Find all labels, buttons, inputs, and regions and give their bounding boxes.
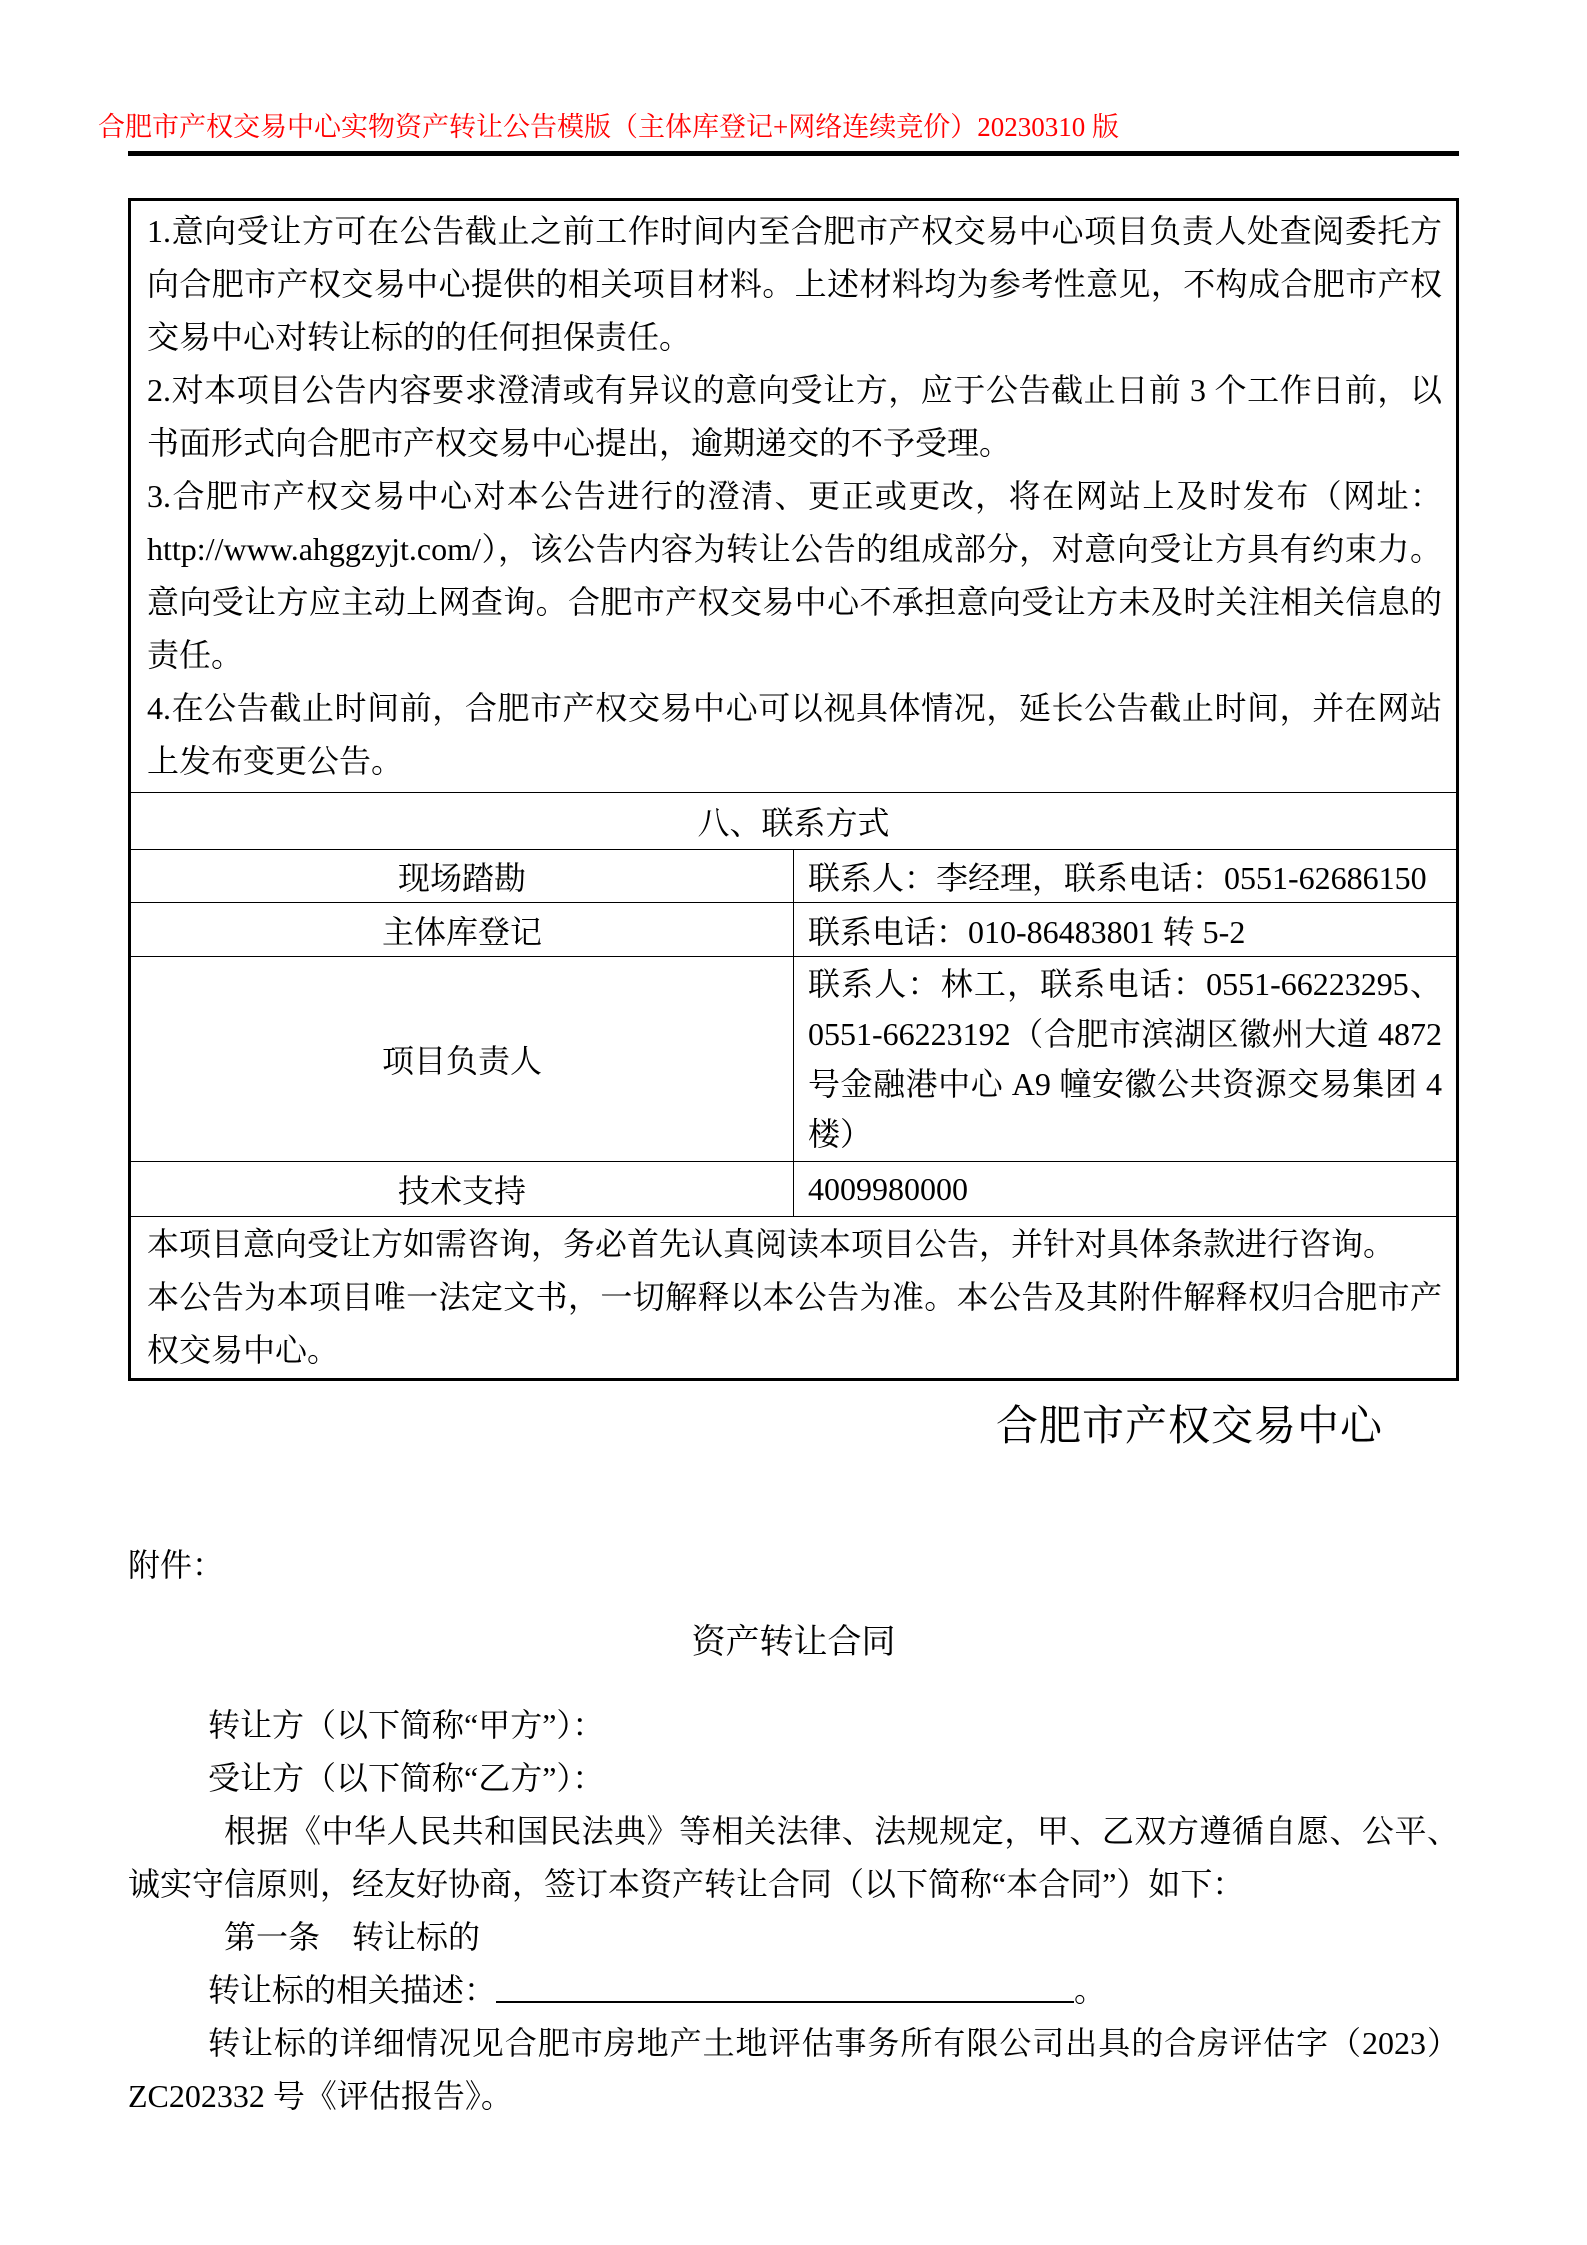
term-paragraph-3: 3.合肥市产权交易中心对本公告进行的澄清、更正或更改，将在网站上及时发布（网址：… — [147, 470, 1442, 682]
document-page: 合肥市产权交易中心实物资产转让公告模版（主体库登记+网络连续竞价）2023031… — [0, 0, 1587, 2245]
section-title-contact: 八、联系方式 — [130, 793, 1458, 850]
footer-note-2: 本公告为本项目唯一法定文书，一切解释以本公告为准。本公告及其附件解释权归合肥市产… — [147, 1271, 1442, 1377]
transfer-description-label: 转让标的相关描述： — [208, 1972, 496, 2008]
blank-underline — [496, 1973, 1074, 2003]
notice-table: 1.意向受让方可在公告截止之前工作时间内至合肥市产权交易中心项目负责人处查阅委托… — [128, 198, 1459, 1381]
transfer-detail-paragraph: 转让标的详细情况见合肥市房地产土地评估事务所有限公司出具的合房评估字（2023）… — [128, 2017, 1459, 2123]
terms-row: 1.意向受让方可在公告截止之前工作时间内至合肥市产权交易中心项目负责人处查阅委托… — [130, 200, 1458, 793]
document-header: 合肥市产权交易中心实物资产转让公告模版（主体库登记+网络连续竞价）2023031… — [128, 110, 1459, 156]
footer-notes-row: 本项目意向受让方如需咨询，务必首先认真阅读本项目公告，并针对具体条款进行咨询。 … — [130, 1217, 1458, 1380]
header-divider — [128, 151, 1459, 156]
footer-notes-cell: 本项目意向受让方如需咨询，务必首先认真阅读本项目公告，并针对具体条款进行咨询。 … — [130, 1217, 1458, 1380]
contact-row-project-manager: 项目负责人 联系人：林工，联系电话：0551-66223295、0551-662… — [130, 957, 1458, 1162]
contact-label-tech-support: 技术支持 — [130, 1162, 794, 1217]
term-paragraph-4: 4.在公告截止时间前，合肥市产权交易中心可以视具体情况，延长公告截止时间，并在网… — [147, 682, 1442, 788]
transfer-description-period: 。 — [1074, 1972, 1106, 2008]
section-title-row: 八、联系方式 — [130, 793, 1458, 850]
contact-row-site-survey: 现场踏勘 联系人：李经理，联系电话：0551-62686150 — [130, 850, 1458, 903]
article-1-heading: 第一条 转让标的 — [128, 1911, 1459, 1964]
contact-value-tech-support: 4009980000 — [794, 1162, 1458, 1217]
contact-value-registry: 联系电话：010-86483801 转 5-2 — [794, 903, 1458, 957]
attachment-label: 附件： — [128, 1539, 1459, 1592]
contract-title: 资产转让合同 — [128, 1616, 1459, 1669]
template-header-title: 合肥市产权交易中心实物资产转让公告模版（主体库登记+网络连续竞价）2023031… — [98, 110, 1459, 144]
contact-value-site-survey: 联系人：李经理，联系电话：0551-62686150 — [794, 850, 1458, 903]
issuer-signature: 合肥市产权交易中心 — [128, 1399, 1459, 1455]
contact-row-tech-support: 技术支持 4009980000 — [130, 1162, 1458, 1217]
contact-row-registry: 主体库登记 联系电话：010-86483801 转 5-2 — [130, 903, 1458, 957]
contact-label-registry: 主体库登记 — [130, 903, 794, 957]
contact-value-project-manager: 联系人：林工，联系电话：0551-66223295、0551-66223192（… — [794, 957, 1458, 1162]
contract-preamble: 根据《中华人民共和国民法典》等相关法律、法规规定，甲、乙双方遵循自愿、公平、诚实… — [128, 1805, 1459, 1911]
contact-label-project-manager: 项目负责人 — [130, 957, 794, 1162]
contact-label-site-survey: 现场踏勘 — [130, 850, 794, 903]
footer-note-1: 本项目意向受让方如需咨询，务必首先认真阅读本项目公告，并针对具体条款进行咨询。 — [147, 1218, 1442, 1271]
transfer-description-line: 转让标的相关描述：。 — [128, 1964, 1459, 2017]
contract-body: 转让方（以下简称“甲方”）： 受让方（以下简称“乙方”）： 根据《中华人民共和国… — [128, 1699, 1459, 2123]
party-a-line: 转让方（以下简称“甲方”）： — [128, 1699, 1459, 1752]
term-paragraph-2: 2.对本项目公告内容要求澄清或有异议的意向受让方，应于公告截止日前 3 个工作日… — [147, 364, 1442, 470]
party-b-line: 受让方（以下简称“乙方”）： — [128, 1752, 1459, 1805]
terms-cell: 1.意向受让方可在公告截止之前工作时间内至合肥市产权交易中心项目负责人处查阅委托… — [130, 200, 1458, 793]
term-paragraph-1: 1.意向受让方可在公告截止之前工作时间内至合肥市产权交易中心项目负责人处查阅委托… — [147, 205, 1442, 364]
